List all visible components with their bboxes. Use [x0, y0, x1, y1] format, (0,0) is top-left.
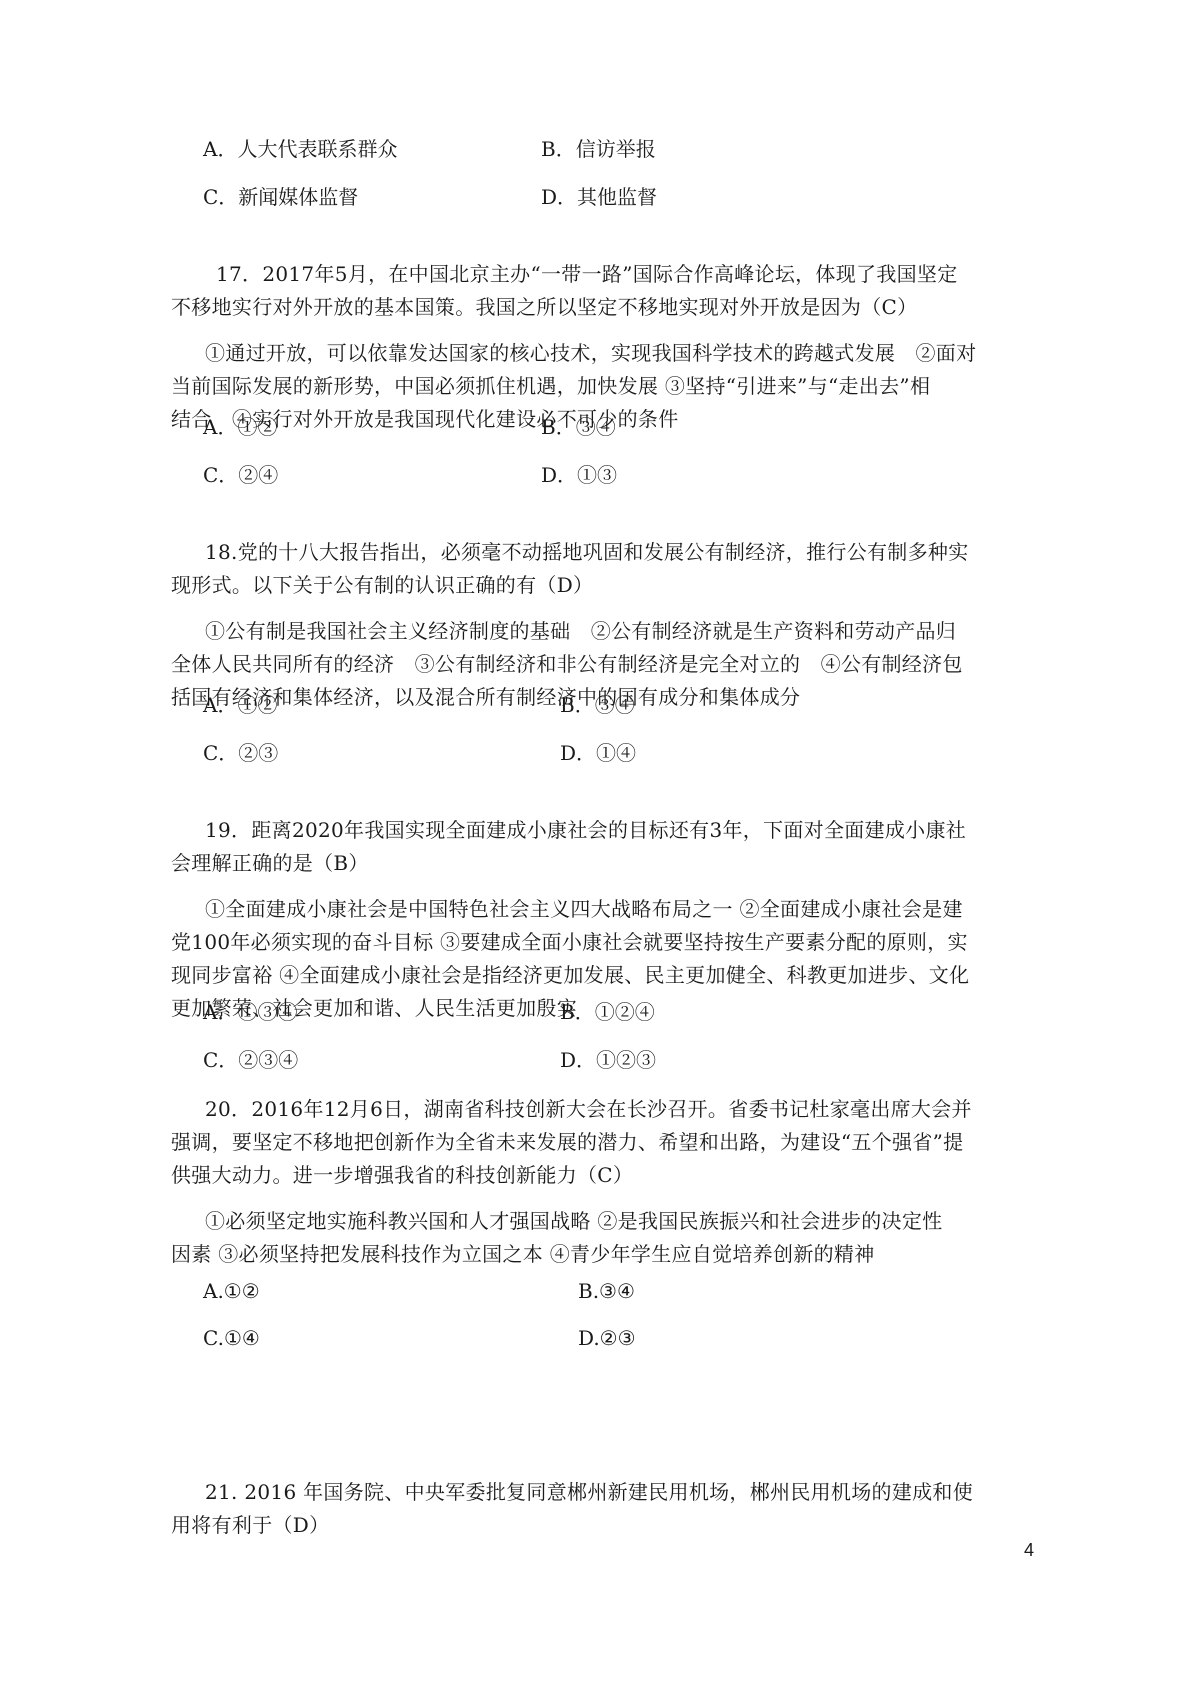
option-c: C．②③	[203, 738, 278, 768]
option-d: D．①③	[541, 460, 617, 490]
option-a: A．①③④	[203, 997, 297, 1027]
question-statements: 当前国际发展的新形势，中国必须抓住机遇，加快发展 ③坚持“引进来”与“走出去”相	[171, 370, 1031, 403]
question-statements: 全体人民共同所有的经济 ③公有制经济和非公有制经济是完全对立的 ④公有制经济包	[171, 648, 1031, 681]
document-page: A．人大代表联系群众 B．信访举报 C．新闻媒体监督 D．其他监督 17．201…	[0, 0, 1200, 1698]
question-statements: 因素 ③必须坚持把发展科技作为立国之本 ④青少年学生应自觉培养创新的精神	[171, 1238, 1031, 1271]
option-a: A．①②	[203, 412, 277, 442]
question-statements: ①必须坚定地实施科教兴国和人才强国战略 ②是我国民族振兴和社会进步的决定性	[205, 1205, 1065, 1238]
question-stem: 20．2016年12月6日，湖南省科技创新大会在长沙召开。省委书记杜家毫出席大会…	[205, 1093, 1065, 1126]
question-statements: ①通过开放，可以依靠发达国家的核心技术，实现我国科学技术的跨越式发展 ②面对	[205, 337, 1065, 370]
q16-option-c: C．新闻媒体监督	[203, 182, 358, 212]
question-stem: 不移地实行对外开放的基本国策。我国之所以坚定不移地实现对外开放是因为（C）	[171, 291, 1031, 324]
option-a: A.①②	[203, 1276, 260, 1306]
q16-option-d: D．其他监督	[541, 182, 657, 212]
option-d: D．①②③	[560, 1045, 656, 1075]
option-d: D．①④	[560, 738, 636, 768]
option-b: B.③④	[578, 1276, 635, 1306]
option-c: C.①④	[203, 1323, 260, 1353]
q16-option-b: B．信访举报	[541, 134, 656, 164]
option-b: B．①②④	[560, 997, 655, 1027]
question-statements: ①公有制是我国社会主义经济制度的基础 ②公有制经济就是生产资料和劳动产品归	[205, 615, 1065, 648]
question-stem: 19．距离2020年我国实现全面建成小康社会的目标还有3年，下面对全面建成小康社	[205, 814, 1065, 847]
question-statements: 党100年必须实现的奋斗目标 ③要建成全面小康社会就要坚持按生产要素分配的原则，…	[171, 926, 1031, 959]
question-stem: 用将有利于（D）	[171, 1509, 1031, 1542]
option-d: D.②③	[578, 1323, 636, 1353]
option-b: B．③④	[541, 412, 616, 442]
question-stem: 现形式。以下关于公有制的认识正确的有（D）	[171, 569, 1031, 602]
question-statements: ①全面建成小康社会是中国特色社会主义四大战略布局之一 ②全面建成小康社会是建	[205, 893, 1065, 926]
question-statements: 现同步富裕 ④全面建成小康社会是指经济更加发展、民主更加健全、科教更加进步、文化	[171, 959, 1031, 992]
option-c: C．②④	[203, 460, 278, 490]
option-a: A．①②	[203, 690, 277, 720]
question-stem: 17．2017年5月，在中国北京主办“一带一路”国际合作高峰论坛，体现了我国坚定	[216, 258, 1076, 291]
q16-option-a: A．人大代表联系群众	[203, 134, 397, 164]
question-stem: 21. 2016 年国务院、中央军委批复同意郴州新建民用机场，郴州民用机场的建成…	[205, 1476, 1065, 1509]
question-stem: 会理解正确的是（B）	[171, 847, 1031, 880]
question-stem: 供强大动力。进一步增强我省的科技创新能力（C）	[171, 1159, 1031, 1192]
option-b: B．③④	[560, 690, 635, 720]
option-c: C．②③④	[203, 1045, 298, 1075]
question-stem: 强调，要坚定不移地把创新作为全省未来发展的潜力、希望和出路，为建设“五个强省”提	[171, 1126, 1031, 1159]
question-stem: 18.党的十八大报告指出，必须毫不动摇地巩固和发展公有制经济，推行公有制多种实	[205, 536, 1065, 569]
page-number: 4	[1024, 1540, 1034, 1561]
